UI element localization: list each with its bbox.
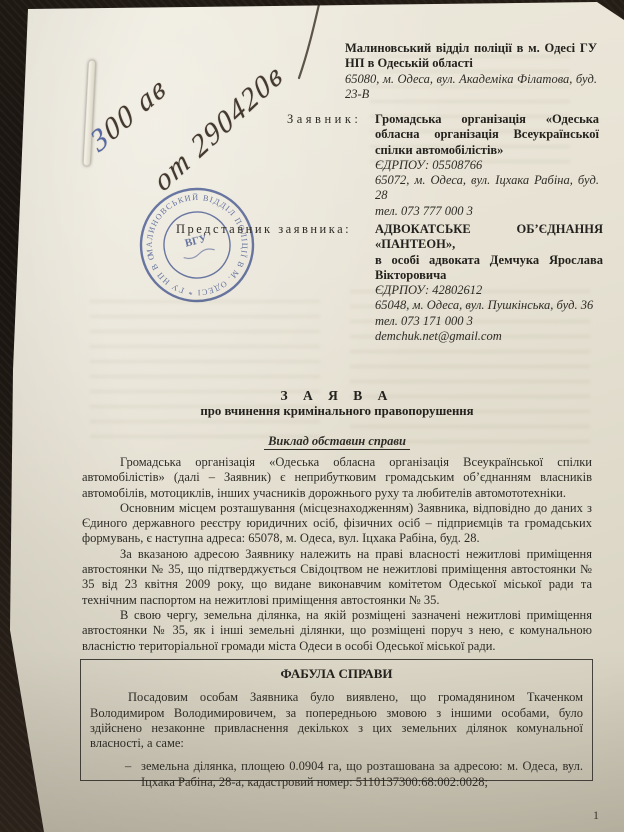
applicant-block: Громадська організація «Одеська обласна … <box>375 112 599 219</box>
fabula-heading: ФАБУЛА СПРАВИ <box>90 666 583 681</box>
fabula-box: ФАБУЛА СПРАВИ Посадовим особам Заявника … <box>80 659 593 781</box>
recipient-block: Малиновський відділ поліції в м. Одесі Г… <box>345 41 597 102</box>
police-round-stamp: МАЛИНОВСЬКИЙ ВІДДІЛ ПОЛІЦІЇ В М. ОДЕСІ *… <box>123 171 271 319</box>
document-title: З А Я В А <box>82 388 592 403</box>
section-heading-text: Виклад обставин справи <box>264 434 410 450</box>
representative-block: АДВОКАТСЬКЕ ОБ’ЄДНАННЯ «ПАНТЕОН», в особ… <box>375 222 603 344</box>
fabula-paragraph: Посадовим особам Заявника було виявлено,… <box>90 690 583 751</box>
representative-phone: тел. 073 171 000 3 <box>375 314 603 329</box>
photo-background: 300 ав от 290420в МАЛИНОВСЬКИЙ ВІДДІЛ ПО… <box>0 0 624 832</box>
representative-edrpou: ЄДРПОУ: 42802612 <box>375 283 603 298</box>
representative-address: 65048, м. Одеса, вул. Пушкінська, буд. 3… <box>375 298 603 313</box>
applicant-label: Заявник: <box>287 112 361 127</box>
paragraph: Основним місцем розташування (місцезнахо… <box>82 501 592 547</box>
handwritten-note-rest: 00 ав <box>98 69 172 147</box>
fabula-list-item: – земельна ділянка, площею 0.0904 га, що… <box>90 759 583 790</box>
applicant-address: 65072, м. Одеса, вул. Іцхака Рабіна, буд… <box>375 173 599 204</box>
list-dash: – <box>125 759 131 774</box>
representative-email: demchuk.net@gmail.com <box>375 329 603 344</box>
page-number: 1 <box>593 808 599 823</box>
applicant-phone: тел. 073 777 000 3 <box>375 204 599 219</box>
document-subtitle: про вчинення кримінального правопорушенн… <box>82 404 592 419</box>
paragraph: В свою чергу, земельна ділянка, на якій … <box>82 608 592 654</box>
list-item-text: земельна ділянка, площею 0.0904 га, що р… <box>141 759 583 788</box>
recipient-address: 65080, м. Одеса, вул. Академіка Філатова… <box>345 72 597 103</box>
paragraph: За вказаною адресою Заявнику належить на… <box>82 547 592 608</box>
recipient-name: Малиновський відділ поліції в м. Одесі Г… <box>345 41 597 72</box>
representative-name: АДВОКАТСЬКЕ ОБ’ЄДНАННЯ «ПАНТЕОН», <box>375 222 603 253</box>
body-text: Громадська організація «Одеська обласна … <box>82 455 592 654</box>
handwritten-note-count: 300 ав <box>85 69 173 159</box>
representative-label: Представник заявника: <box>176 222 351 237</box>
applicant-name: Громадська організація «Одеська обласна … <box>375 112 599 158</box>
representative-person: в особі адвоката Демчука Ярослава Віктор… <box>375 253 603 284</box>
section-heading: Виклад обставин справи <box>82 434 592 449</box>
document-page: 300 ав от 290420в МАЛИНОВСЬКИЙ ВІДДІЛ ПО… <box>0 0 624 832</box>
applicant-edrpou: ЄДРПОУ: 05508766 <box>375 158 599 173</box>
staple <box>83 60 96 166</box>
paragraph: Громадська організація «Одеська обласна … <box>82 455 592 501</box>
document-title-block: З А Я В А про вчинення кримінального пра… <box>82 388 592 420</box>
